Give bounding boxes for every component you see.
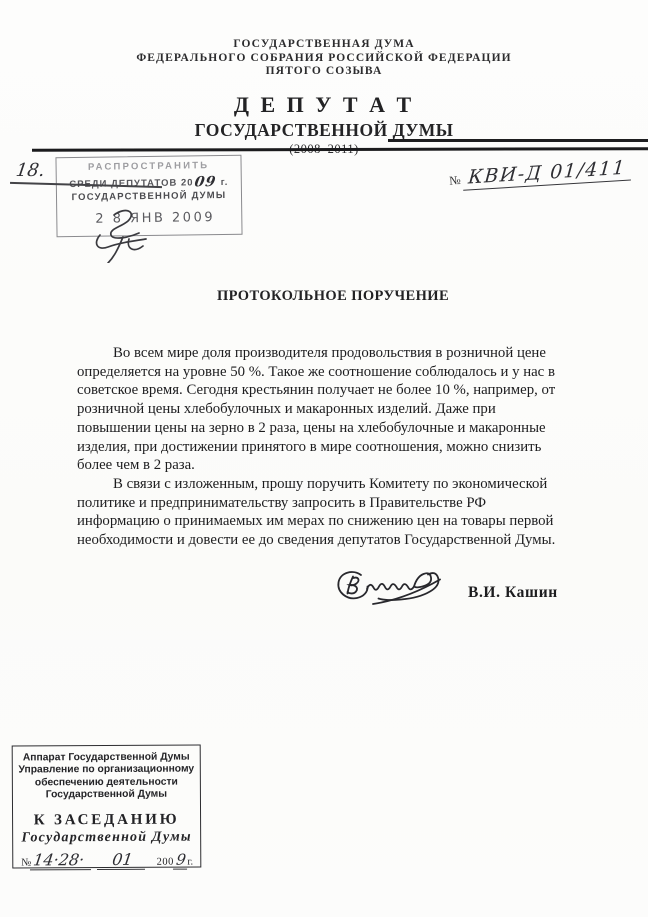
session-stamp-heading: К ЗАСЕДАНИЮ: [13, 812, 200, 830]
margin-note-handwritten: 18.: [16, 160, 45, 181]
letterhead-org-line3: ПЯТОГО СОЗЫВА: [0, 65, 648, 79]
body-line: необходимости и довести ее до сведения д…: [77, 531, 592, 550]
body-line: советское время. Сегодня крестьянин полу…: [77, 381, 592, 400]
session-stamp-year-printed: 200: [157, 857, 174, 868]
body-line: определяется на уровне 50 %. Такое же со…: [77, 363, 592, 382]
session-stamp-org-line1: Аппарат Государственной Думы: [13, 752, 200, 765]
body-line: повышении цены на зерно в 2 раза, цены н…: [77, 419, 592, 438]
body-line: информацию о принимаемых им мерах по сни…: [77, 512, 592, 531]
body-line: Во всем мире доля производителя продовол…: [77, 344, 592, 363]
session-stamp-number-line: № 14·28· 01 200 9 г.: [21, 850, 194, 871]
body-line: политике и предпринимательству запросить…: [77, 494, 592, 513]
signatory-signature-scribble: [330, 562, 470, 612]
session-stamp-number-handwritten: 14·28·: [30, 850, 94, 870]
body-line: В связи с изложенным, прошу поручить Ком…: [77, 475, 592, 494]
distribution-stamp-year-printed: 20: [181, 177, 194, 188]
margin-note-text: 18.: [15, 160, 47, 181]
registration-no-sign: №: [448, 173, 460, 188]
session-stamp-year-handwritten: 9: [173, 851, 189, 870]
distribution-stamp-year-suffix: г.: [221, 177, 229, 188]
scanned-document-page: ГОСУДАРСТВЕННАЯ ДУМА ФЕДЕРАЛЬНОГО СОБРАН…: [0, 0, 648, 917]
distribution-stamp-line3: ГОСУДАРСТВЕННОЙ ДУМЫ: [57, 190, 241, 204]
distribution-stamp-year-handwritten: 09: [193, 174, 217, 190]
registration-number: №КВИ-Д 01/411: [448, 156, 633, 191]
session-stamp-year-suffix: г.: [187, 857, 193, 868]
letterhead-deputy-subtitle: ГОСУДАРСТВЕННОЙ ДУМЫ: [0, 120, 648, 141]
session-stamp-org-line3: обеспечению деятельности: [13, 776, 200, 789]
letterhead-rule-right-segment: [388, 139, 648, 142]
session-stamp-number2-handwritten: 01: [97, 850, 148, 870]
body-line: более чем в 2 раза.: [77, 456, 592, 475]
session-stamp: Аппарат Государственной Думы Управление …: [12, 745, 202, 869]
body-line: изделия, при достижении принятого в мире…: [77, 438, 592, 457]
distribution-stamp-signature-scribble: [84, 205, 179, 263]
letterhead-org-line2: ФЕДЕРАЛЬНОГО СОБРАНИЯ РОССИЙСКОЙ ФЕДЕРАЦ…: [0, 52, 648, 66]
signatory-name: В.И. Кашин: [468, 584, 558, 602]
distribution-stamp-line1: РАСПРОСТРАНИТЬ: [57, 160, 241, 174]
letterhead-org-line1: ГОСУДАРСТВЕННАЯ ДУМА: [0, 38, 648, 52]
registration-number-handwritten: КВИ-Д 01/411: [463, 156, 633, 190]
session-stamp-org-line2: Управление по организационному: [13, 764, 200, 777]
document-body: Во всем мире доля производителя продовол…: [77, 344, 592, 550]
letterhead-deputy-title: Д Е П У Т А Т: [0, 92, 648, 118]
distribution-stamp-line2: СРЕДИ ДЕПУТАТОВ 2009 г.: [57, 173, 241, 192]
body-line: розничной цены хлебобулочных и макаронны…: [77, 400, 592, 419]
document-title: ПРОТОКОЛЬНОЕ ПОРУЧЕНИЕ: [77, 288, 589, 305]
session-stamp-heading-sub: Государственной Думы: [13, 830, 200, 847]
session-stamp-org-line4: Государственной Думы: [13, 788, 200, 801]
